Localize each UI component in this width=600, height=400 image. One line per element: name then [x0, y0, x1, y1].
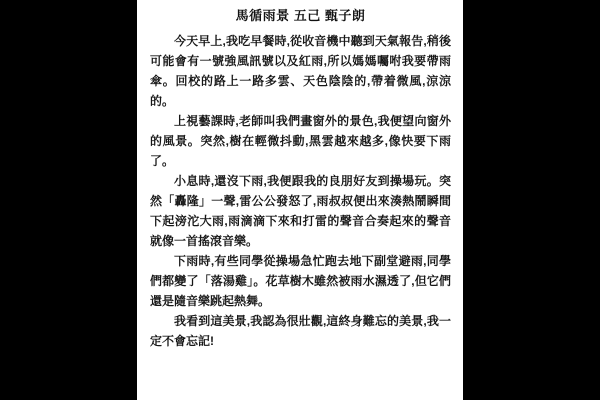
- letterbox-left: [0, 0, 137, 400]
- screen: 馬循雨景 五己 甄子朗 今天早上,我吃早餐時,從收音機中聽到天氣報告,稍後可能會…: [0, 0, 600, 400]
- document-page: 馬循雨景 五己 甄子朗 今天早上,我吃早餐時,從收音機中聽到天氣報告,稍後可能會…: [137, 0, 463, 400]
- paragraph-5: 我看到這美景,我認為很壯觀,這終身難忘的美景,我一定不會忘記!: [150, 311, 451, 351]
- letterbox-right: [462, 0, 600, 400]
- document-body: 今天早上,我吃早餐時,從收音機中聽到天氣報告,稍後可能會有一號強風訊號以及紅雨,…: [150, 31, 451, 351]
- paragraph-1: 今天早上,我吃早餐時,從收音機中聽到天氣報告,稍後可能會有一號強風訊號以及紅雨,…: [150, 31, 451, 111]
- paragraph-4: 下雨時,有些同學從操場急忙跑去地下副堂避雨,同學們都變了「落湯雞」。花草樹木雖然…: [150, 251, 451, 311]
- document-title: 馬循雨景 五己 甄子朗: [150, 7, 451, 24]
- paragraph-3: 小息時,還沒下雨,我便跟我的良朋好友到操場玩。突然「轟隆」一聲,雷公公發怒了,雨…: [150, 171, 451, 251]
- paragraph-2: 上視藝課時,老師叫我們畫窗外的景色,我便望向窗外的風景。突然,樹在輕微抖動,黑雲…: [150, 111, 451, 171]
